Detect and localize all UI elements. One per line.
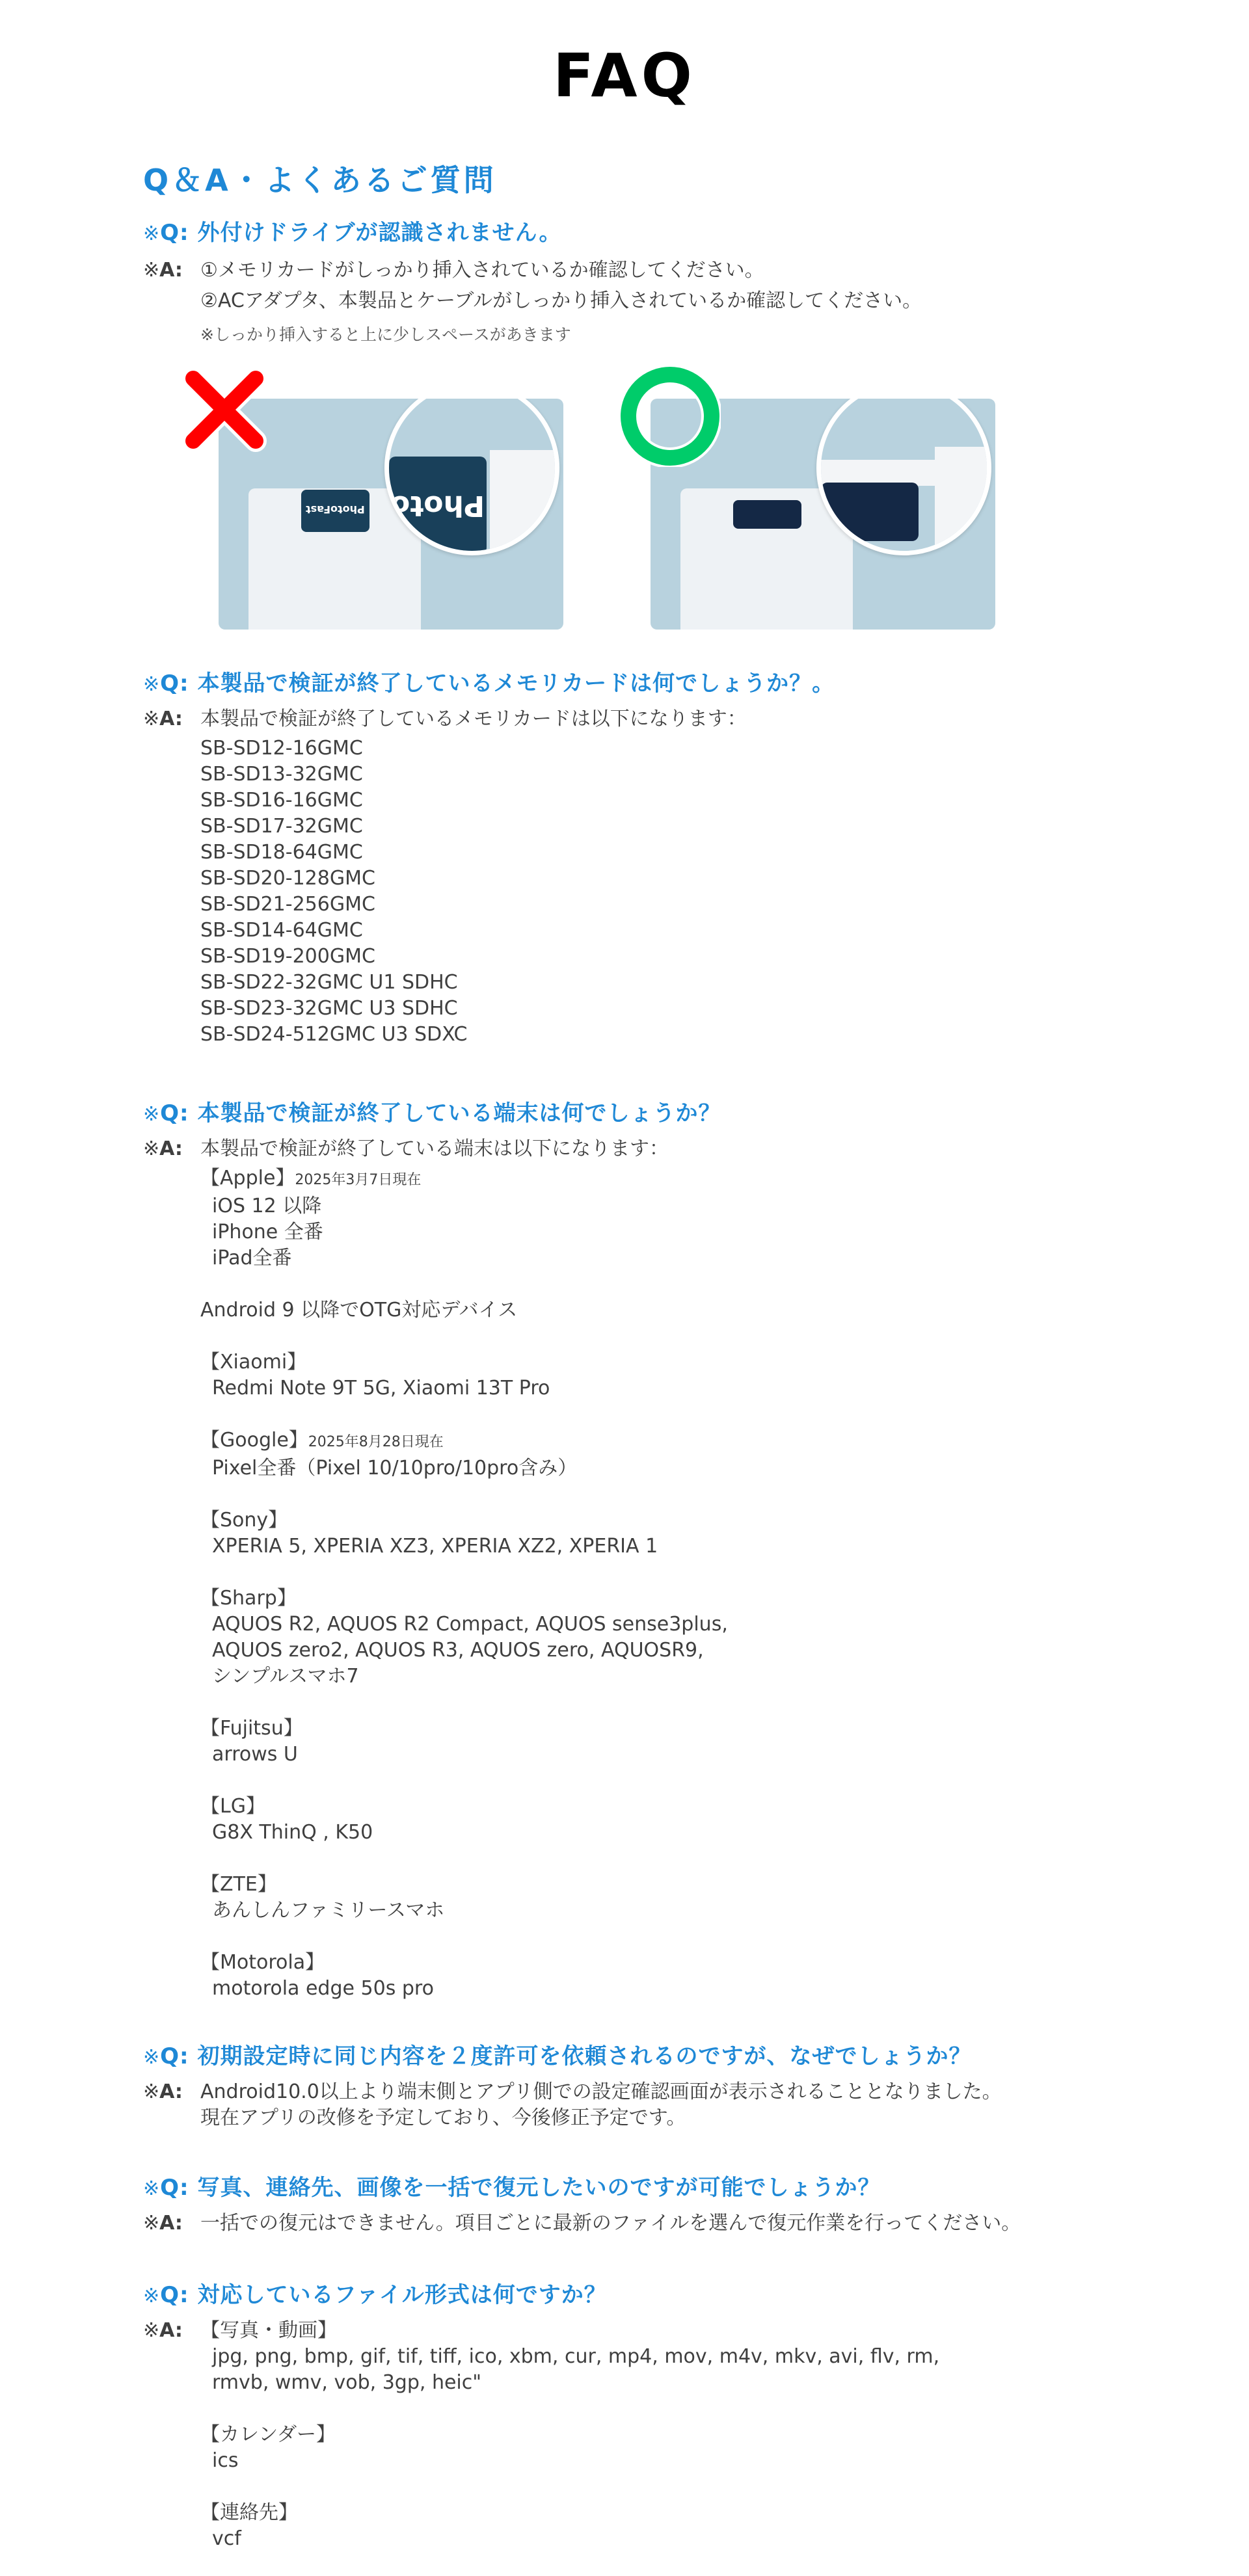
brand-fujitsu: 【Fujitsu】 bbox=[200, 1716, 728, 1742]
format-item: jpg, png, bmp, gif, tif, tiff, ico, xbm,… bbox=[200, 2344, 939, 2370]
incorrect-insertion-photo: PhotoFast Photo bbox=[219, 399, 563, 630]
list-item: SB-SD19-200GMC bbox=[200, 944, 468, 970]
device-list: 【Apple】2025年3月7日現在 iOS 12 以降 iPhone 全番 i… bbox=[200, 1165, 728, 2002]
list-item: SB-SD14-64GMC bbox=[200, 918, 468, 944]
faq-question-5: ※Q: 写真、連絡先、画像を一括で復元したいのですが可能でしょうか？ bbox=[143, 2172, 880, 2205]
faq-question-6: ※Q: 対応しているファイル形式は何ですか？ bbox=[143, 2279, 607, 2312]
magnified-card: Photo bbox=[389, 457, 487, 554]
faq-answer-4: ※A: Android10.0以上より端末側とアプリ側での設定確認画面が表示され… bbox=[143, 2079, 1002, 2105]
device-item: arrows U bbox=[200, 1742, 728, 1768]
answer-line: 一括での復元はできません。項目ごとに最新のファイルを選んで復元作業を行ってくださ… bbox=[200, 2212, 1021, 2235]
device-item: シンプルスマホ7 bbox=[200, 1664, 728, 1690]
device-item: AQUOS R2, AQUOS R2 Compact, AQUOS sense3… bbox=[200, 1612, 728, 1638]
device-item: Redmi Note 9T 5G, Xiaomi 13T Pro bbox=[200, 1375, 728, 1401]
answer-line: ①メモリカードがしっかり挿入されているか確認してください。 bbox=[200, 259, 764, 282]
list-item: SB-SD13-32GMC bbox=[200, 762, 468, 788]
faq-answer-3: ※A: 本製品で検証が終了している端末は以下になります： bbox=[143, 1136, 669, 1162]
reference-mark-icon: ※ bbox=[143, 1137, 159, 1160]
brand-google: 【Google】2025年8月28日現在 bbox=[200, 1427, 728, 1455]
brand-motorola: 【Motorola】 bbox=[200, 1950, 728, 1976]
format-category: 【カレンダー】 bbox=[200, 2422, 939, 2448]
verified-date: 2025年3月7日現在 bbox=[295, 1172, 421, 1188]
brand-apple: 【Apple】2025年3月7日現在 bbox=[200, 1165, 728, 1193]
format-list: jpg, png, bmp, gif, tif, tiff, ico, xbm,… bbox=[200, 2344, 939, 2552]
device-item: Pixel全番（Pixel 10/10pro/10pro含み） bbox=[200, 1455, 728, 1481]
faq-answer-5: ※A: 一括での復元はできません。項目ごとに最新のファイルを選んで復元作業を行っ… bbox=[143, 2211, 1021, 2237]
verified-date: 2025年8月28日現在 bbox=[308, 1434, 444, 1450]
magnifier-circle bbox=[816, 399, 991, 555]
answer-line: 現在アプリの改修を予定しており、今後修正予定です。 bbox=[200, 2105, 686, 2131]
memory-card-list: SB-SD12-16GMC SB-SD13-32GMC SB-SD16-16GM… bbox=[200, 736, 468, 1048]
magnified-reader bbox=[490, 450, 559, 555]
memory-card: PhotoFast bbox=[301, 490, 369, 532]
reference-mark-icon: ※ bbox=[143, 2080, 159, 2103]
a-prefix: ※A: bbox=[143, 258, 200, 284]
device-item: iOS 12 以降 bbox=[200, 1193, 728, 1219]
faq-answer-6: ※A: 【写真・動画】 bbox=[143, 2318, 337, 2344]
faq-question-1: ※Q: 外付けドライブが認識されません。 bbox=[143, 217, 561, 250]
answer-note: ※しっかり挿入すると上に少しスペースがあきます bbox=[200, 324, 571, 346]
format-category: 【連絡先】 bbox=[200, 2500, 939, 2526]
magnifier-circle: Photo bbox=[384, 399, 559, 555]
reference-mark-icon: ※ bbox=[143, 259, 159, 282]
faq-answer-2: ※A: 本製品で検証が終了しているメモリカードは以下になります： bbox=[143, 706, 747, 732]
question-text: 本製品で検証が終了しているメモリカードは何でしょうか？。 bbox=[197, 671, 835, 697]
format-item: vcf bbox=[200, 2526, 939, 2552]
faq-answer-1: ※A: ①メモリカードがしっかり挿入されているか確認してください。 bbox=[143, 258, 764, 284]
question-text: 本製品で検証が終了している端末は何でしょうか？ bbox=[197, 1100, 721, 1126]
a-prefix: ※A: bbox=[143, 706, 200, 732]
list-item: SB-SD16-16GMC bbox=[200, 788, 468, 814]
reference-mark-icon: ※ bbox=[143, 708, 159, 730]
answer-line: ②ACアダプタ、本製品とケーブルがしっかり挿入されているか確認してください。 bbox=[200, 288, 922, 314]
device-item: G8X ThinQ , K50 bbox=[200, 1820, 728, 1846]
device-item: iPad全番 bbox=[200, 1245, 728, 1271]
device-item: あんしんファミリースマホ bbox=[200, 1898, 728, 1924]
format-category: 【写真・動画】 bbox=[200, 2319, 337, 2342]
format-item: ics bbox=[200, 2448, 939, 2474]
answer-line: Android10.0以上より端末側とアプリ側での設定確認画面が表示されることと… bbox=[200, 2080, 1002, 2103]
brand-sharp: 【Sharp】 bbox=[200, 1586, 728, 1612]
format-item: rmvb, wmv, vob, 3gp, heic" bbox=[200, 2370, 939, 2396]
device-item: motorola edge 50s pro bbox=[200, 1976, 728, 2002]
device-item: XPERIA 5, XPERIA XZ3, XPERIA XZ2, XPERIA… bbox=[200, 1534, 728, 1560]
brand-xiaomi: 【Xiaomi】 bbox=[200, 1349, 728, 1375]
a-prefix: ※A: bbox=[143, 2211, 200, 2237]
question-text: 外付けドライブが認識されません。 bbox=[197, 220, 561, 246]
magnified-card bbox=[821, 483, 919, 541]
a-prefix: ※A: bbox=[143, 1136, 200, 1162]
memory-card bbox=[733, 500, 801, 529]
faq-question-4: ※Q: 初期設定時に同じ内容を２度許可を依頼されるのですが、なぜでしょうか？ bbox=[143, 2041, 971, 2073]
list-item: SB-SD18-64GMC bbox=[200, 840, 468, 866]
magnified-reader-edge bbox=[935, 447, 987, 555]
reference-mark-icon: ※ bbox=[143, 222, 160, 245]
brand-sony: 【Sony】 bbox=[200, 1507, 728, 1534]
question-text: 対応しているファイル形式は何ですか？ bbox=[197, 2282, 606, 2308]
list-item: SB-SD21-256GMC bbox=[200, 892, 468, 918]
circle-mark-icon bbox=[619, 365, 721, 467]
device-item: AQUOS zero2, AQUOS R3, AQUOS zero, AQUOS… bbox=[200, 1638, 728, 1664]
list-item: SB-SD20-128GMC bbox=[200, 866, 468, 892]
a-prefix: ※A: bbox=[143, 2079, 200, 2105]
brand-zte: 【ZTE】 bbox=[200, 1872, 728, 1898]
reference-mark-icon: ※ bbox=[143, 2177, 160, 2200]
faq-question-2: ※Q: 本製品で検証が終了しているメモリカードは何でしょうか？。 bbox=[143, 668, 835, 700]
answer-intro: 本製品で検証が終了しているメモリカードは以下になります： bbox=[200, 708, 747, 730]
brand-lg: 【LG】 bbox=[200, 1794, 728, 1820]
list-item: SB-SD12-16GMC bbox=[200, 736, 468, 762]
section-title: Q＆A・よくあるご質問 bbox=[143, 161, 497, 200]
q-prefix: Q: bbox=[160, 220, 197, 246]
answer-intro: 本製品で検証が終了している端末は以下になります： bbox=[200, 1137, 669, 1160]
reference-mark-icon: ※ bbox=[143, 673, 160, 696]
reference-mark-icon: ※ bbox=[143, 2212, 159, 2235]
list-item: SB-SD17-32GMC bbox=[200, 814, 468, 840]
x-mark-icon bbox=[179, 364, 270, 455]
question-text: 初期設定時に同じ内容を２度許可を依頼されるのですが、なぜでしょうか？ bbox=[197, 2043, 971, 2069]
faq-question-3: ※Q: 本製品で検証が終了している端末は何でしょうか？ bbox=[143, 1098, 721, 1130]
list-item: SB-SD24-512GMC U3 SDXC bbox=[200, 1022, 468, 1048]
page-title: FAQ bbox=[0, 40, 1249, 112]
android-requirement: Android 9 以降でOTG対応デバイス bbox=[200, 1297, 728, 1323]
reference-mark-icon: ※ bbox=[143, 2285, 160, 2307]
reference-mark-icon: ※ bbox=[143, 2046, 160, 2069]
reference-mark-icon: ※ bbox=[143, 1103, 160, 1126]
device-item: iPhone 全番 bbox=[200, 1219, 728, 1245]
list-item: SB-SD23-32GMC U3 SDHC bbox=[200, 996, 468, 1022]
reference-mark-icon: ※ bbox=[143, 2319, 159, 2342]
a-prefix: ※A: bbox=[143, 2318, 200, 2344]
question-text: 写真、連絡先、画像を一括で復元したいのですが可能でしょうか？ bbox=[197, 2175, 880, 2201]
list-item: SB-SD22-32GMC U1 SDHC bbox=[200, 970, 468, 996]
